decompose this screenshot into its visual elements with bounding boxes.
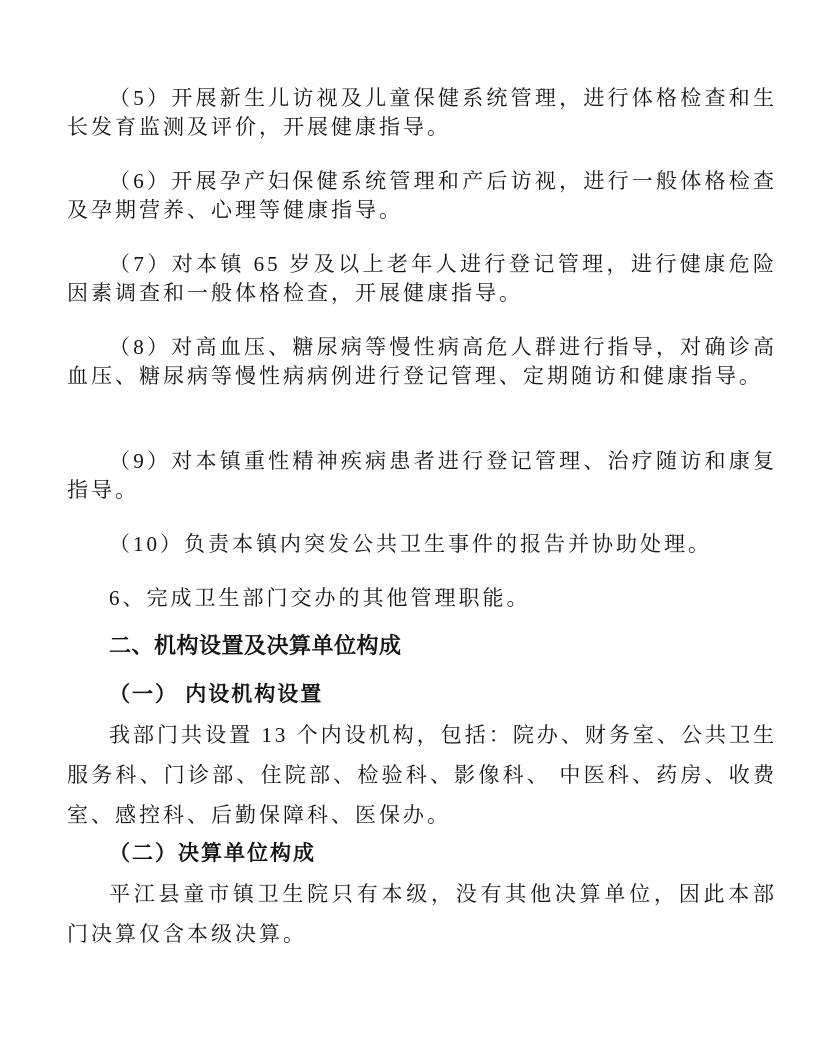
paragraph-7: （7）对本镇 65 岁及以上老年人进行登记管理，进行健康危险因素调查和一般体格检… (67, 250, 777, 308)
section-heading-org-setup: 二、机构设置及决算单位构成 (67, 631, 777, 661)
paragraph-unit-composition: 平江县童市镇卫生院只有本级，没有其他决算单位，因此本部门决算仅含本级决算。 (67, 874, 777, 954)
paragraph-other-duties: 6、完成卫生部门交办的其他管理职能。 (67, 584, 777, 613)
paragraph-9: （9）对本镇重性精神疾病患者进行登记管理、治疗随访和康复指导。 (67, 447, 777, 505)
paragraph-6: （6）开展孕产妇保健系统管理和产后访视，进行一般体格检查及孕期营养、心理等健康指… (67, 167, 777, 225)
paragraph-5: （5）开展新生儿访视及儿童保健系统管理，进行体格检查和生长发育监测及评价，开展健… (67, 84, 777, 142)
subsection-heading-unit-composition: （二）决算单位构成 (67, 838, 777, 868)
paragraph-10: （10）负责本镇内突发公共卫生事件的报告并协助处理。 (67, 530, 777, 559)
subsection-heading-internal-orgs: （一） 内设机构设置 (67, 679, 777, 709)
paragraph-8: （8）对高血压、糖尿病等慢性病高危人群进行指导，对确诊高血压、糖尿病等慢性病病例… (67, 333, 777, 391)
document-page: （5）开展新生儿访视及儿童保健系统管理，进行体格检查和生长发育监测及评价，开展健… (0, 0, 816, 1056)
paragraph-internal-orgs: 我部门共设置 13 个内设机构，包括：院办、财务室、公共卫生服务科、门诊部、住院… (67, 715, 777, 835)
